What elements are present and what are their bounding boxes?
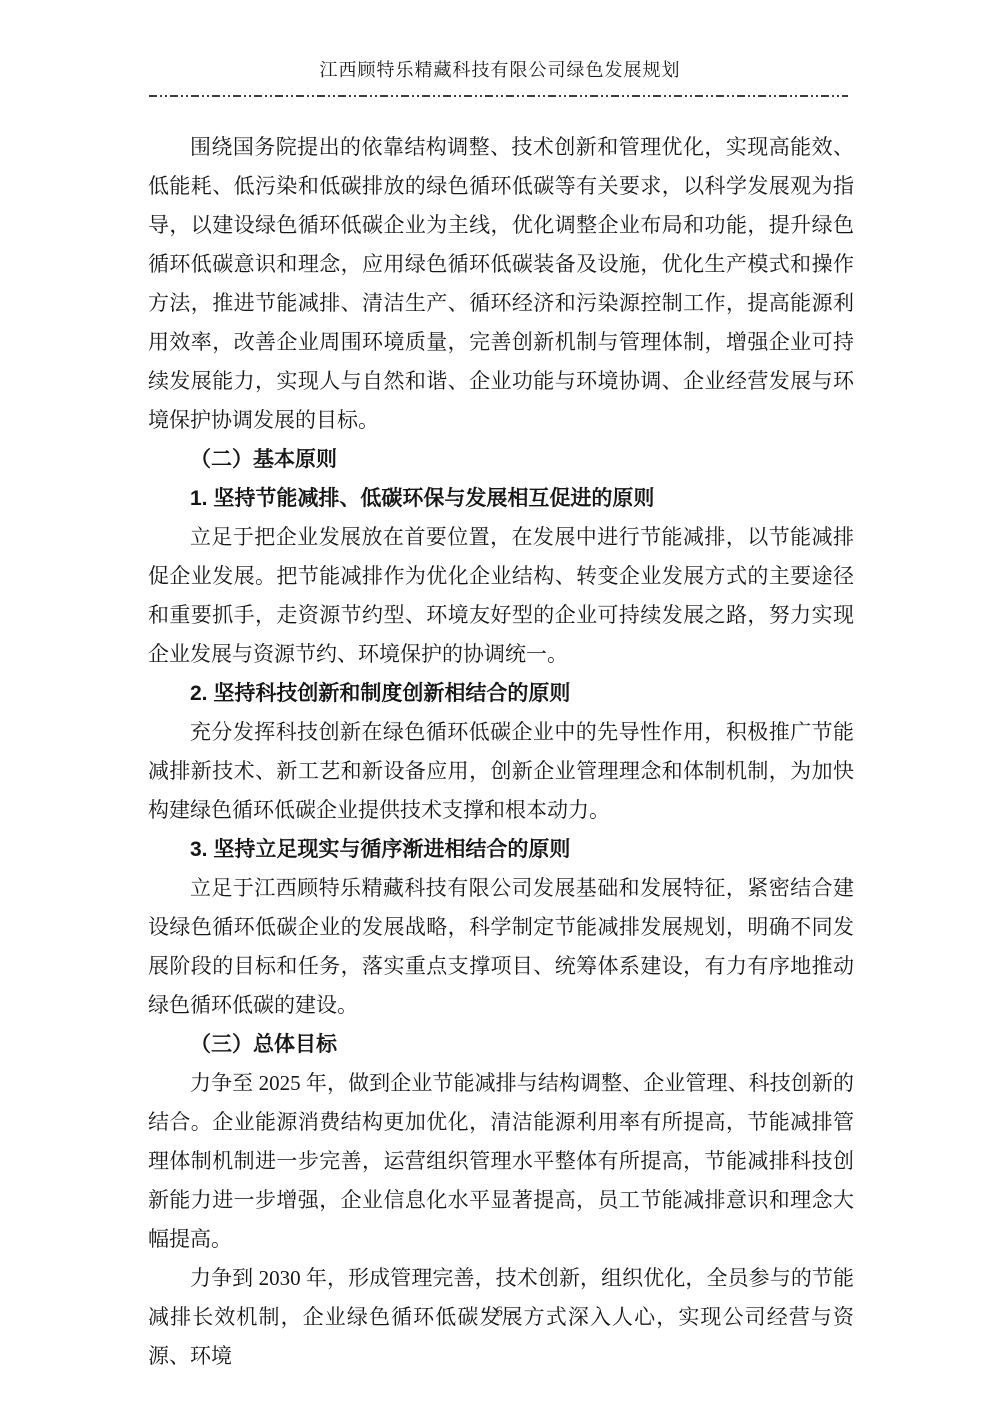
page-header: 江西顾特乐精藏科技有限公司绿色发展规划 <box>148 56 852 84</box>
paragraph-intro: 围绕国务院提出的依靠结构调整、技术创新和管理优化，实现高能效、低能耗、低污染和低… <box>148 128 854 440</box>
document-page: 江西顾特乐精藏科技有限公司绿色发展规划 围绕国务院提出的依靠结构调整、技术创新和… <box>0 0 1000 1414</box>
page-number: - 6 - <box>483 1304 518 1320</box>
section-heading-basic-principles: （二）基本原则 <box>148 440 854 479</box>
subheading-principle-3: 3. 坚持立足现实与循序渐进相结合的原则 <box>148 830 854 869</box>
paragraph-principle-1: 立足于把企业发展放在首要位置，在发展中进行节能减排，以节能减排促企业发展。把节能… <box>148 518 854 674</box>
page-footer: - 6 - <box>0 1303 1000 1321</box>
paragraph-goal-2025: 力争至 2025 年，做到企业节能减排与结构调整、企业管理、科技创新的结合。企业… <box>148 1064 854 1259</box>
paragraph-principle-2: 充分发挥科技创新在绿色循环低碳企业中的先导性作用，积极推广节能减排新技术、新工艺… <box>148 713 854 830</box>
section-heading-overall-goals: （三）总体目标 <box>148 1025 854 1064</box>
paragraph-principle-3: 立足于江西顾特乐精藏科技有限公司发展基础和发展特征，紧密结合建设绿色循环低碳企业… <box>148 869 854 1025</box>
document-body: 围绕国务院提出的依靠结构调整、技术创新和管理优化，实现高能效、低能耗、低污染和低… <box>148 128 854 1376</box>
subheading-principle-2: 2. 坚持科技创新和制度创新相结合的原则 <box>148 674 854 713</box>
header-title: 江西顾特乐精藏科技有限公司绿色发展规划 <box>148 56 852 84</box>
subheading-principle-1: 1. 坚持节能减排、低碳环保与发展相互促进的原则 <box>148 479 854 518</box>
header-rule-divider <box>149 95 848 97</box>
